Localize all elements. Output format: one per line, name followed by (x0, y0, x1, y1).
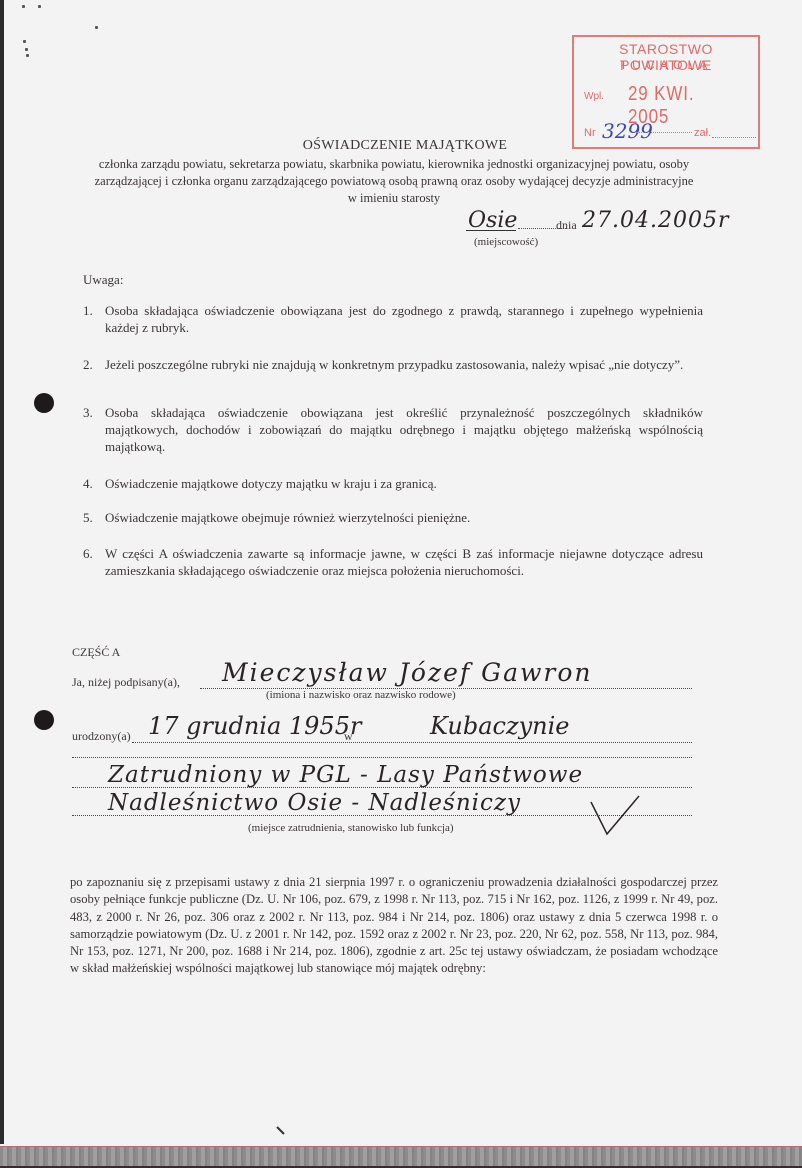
scan-mark (276, 1126, 286, 1136)
employment-dotline (72, 757, 692, 758)
born-place: Kubaczynie (430, 712, 570, 740)
note-number: 2. (83, 356, 93, 373)
punch-hole (34, 393, 54, 413)
document-title: OŚWIADCZENIE MAJĄTKOWE (4, 138, 802, 154)
date-value: 27.04.2005r (582, 208, 729, 233)
employment-line-2: Nadleśnictwo Osie - Nadleśniczy (108, 790, 521, 816)
note-number: 5. (83, 509, 93, 526)
document-subtitle: członka zarządu powiatu, sekretarza powi… (94, 156, 694, 207)
employment-dotline (72, 787, 692, 788)
scanner-edge (0, 1146, 802, 1168)
stamp-city: TUCHOLA (574, 58, 758, 72)
signer-caption: (imiona i nazwisko oraz nazwisko rodowe) (266, 689, 456, 701)
stamp-wpl-label: Wpl. (584, 91, 604, 102)
note-text: Oświadczenie majątkowe dotyczy majątku w… (105, 475, 703, 492)
note-item: 5. Oświadczenie majątkowe obejmuje równi… (83, 509, 703, 526)
scan-speck (95, 26, 98, 29)
scan-speck (38, 5, 41, 8)
note-item: 1. Osoba składająca oświadczenie obowiąz… (83, 302, 703, 336)
note-text: Oświadczenie majątkowe obejmuje również … (105, 509, 703, 526)
checkmark-icon (589, 790, 649, 840)
signer-label: Ja, niżej podpisany(a), (72, 675, 180, 689)
registry-stamp: STAROSTWO POWIATOWE TUCHOLA Wpl. 29 KWI.… (572, 35, 760, 149)
born-date: 17 grudnia 1955r (148, 712, 361, 740)
note-text: Osoba składająca oświadczenie obowiązana… (105, 302, 703, 336)
note-item: 3. Osoba składająca oświadczenie obowiąz… (83, 404, 703, 455)
note-text: W części A oświadczenia zawarte są infor… (105, 545, 703, 579)
born-dotline (132, 742, 692, 743)
place-caption: (miejscowość) (474, 236, 538, 248)
employment-caption: (miejsce zatrudnienia, stanowisko lub fu… (248, 822, 454, 834)
signer-value: Mieczysław Józef Gawron (222, 658, 593, 687)
scan-speck (26, 54, 29, 57)
note-item: 2. Jeżeli poszczególne rubryki nie znajd… (83, 356, 703, 373)
employment-line-1: Zatrudniony w PGL - Lasy Państwowe (108, 762, 583, 788)
document-page: STAROSTWO POWIATOWE TUCHOLA Wpl. 29 KWI.… (0, 0, 802, 1144)
note-item: 4. Oświadczenie majątkowe dotyczy majątk… (83, 475, 703, 492)
note-number: 1. (83, 302, 93, 319)
place-underline (466, 230, 516, 231)
place-date-field: Osie dnia 27.04.2005r (466, 208, 746, 236)
part-a-heading: CZĘŚĆ A (72, 645, 120, 660)
punch-hole (34, 710, 54, 730)
note-text: Jeżeli poszczególne rubryki nie znajdują… (105, 356, 703, 373)
scan-speck (22, 5, 25, 8)
stamp-nr-dots (636, 132, 692, 133)
note-number: 3. (83, 404, 93, 421)
note-number: 4. (83, 475, 93, 492)
notes-heading: Uwaga: (83, 272, 123, 288)
dnia-label: dnia (556, 218, 577, 233)
scan-speck (25, 48, 28, 51)
scan-speck (23, 40, 26, 43)
note-text: Osoba składająca oświadczenie obowiązana… (105, 404, 703, 455)
born-in-label: w (344, 729, 353, 744)
legal-paragraph: po zapoznaniu się z przepisami ustawy z … (70, 874, 718, 978)
note-number: 6. (83, 545, 93, 562)
note-item: 6. W części A oświadczenia zawarte są in… (83, 545, 703, 579)
born-label: urodzony(a) (72, 729, 131, 743)
